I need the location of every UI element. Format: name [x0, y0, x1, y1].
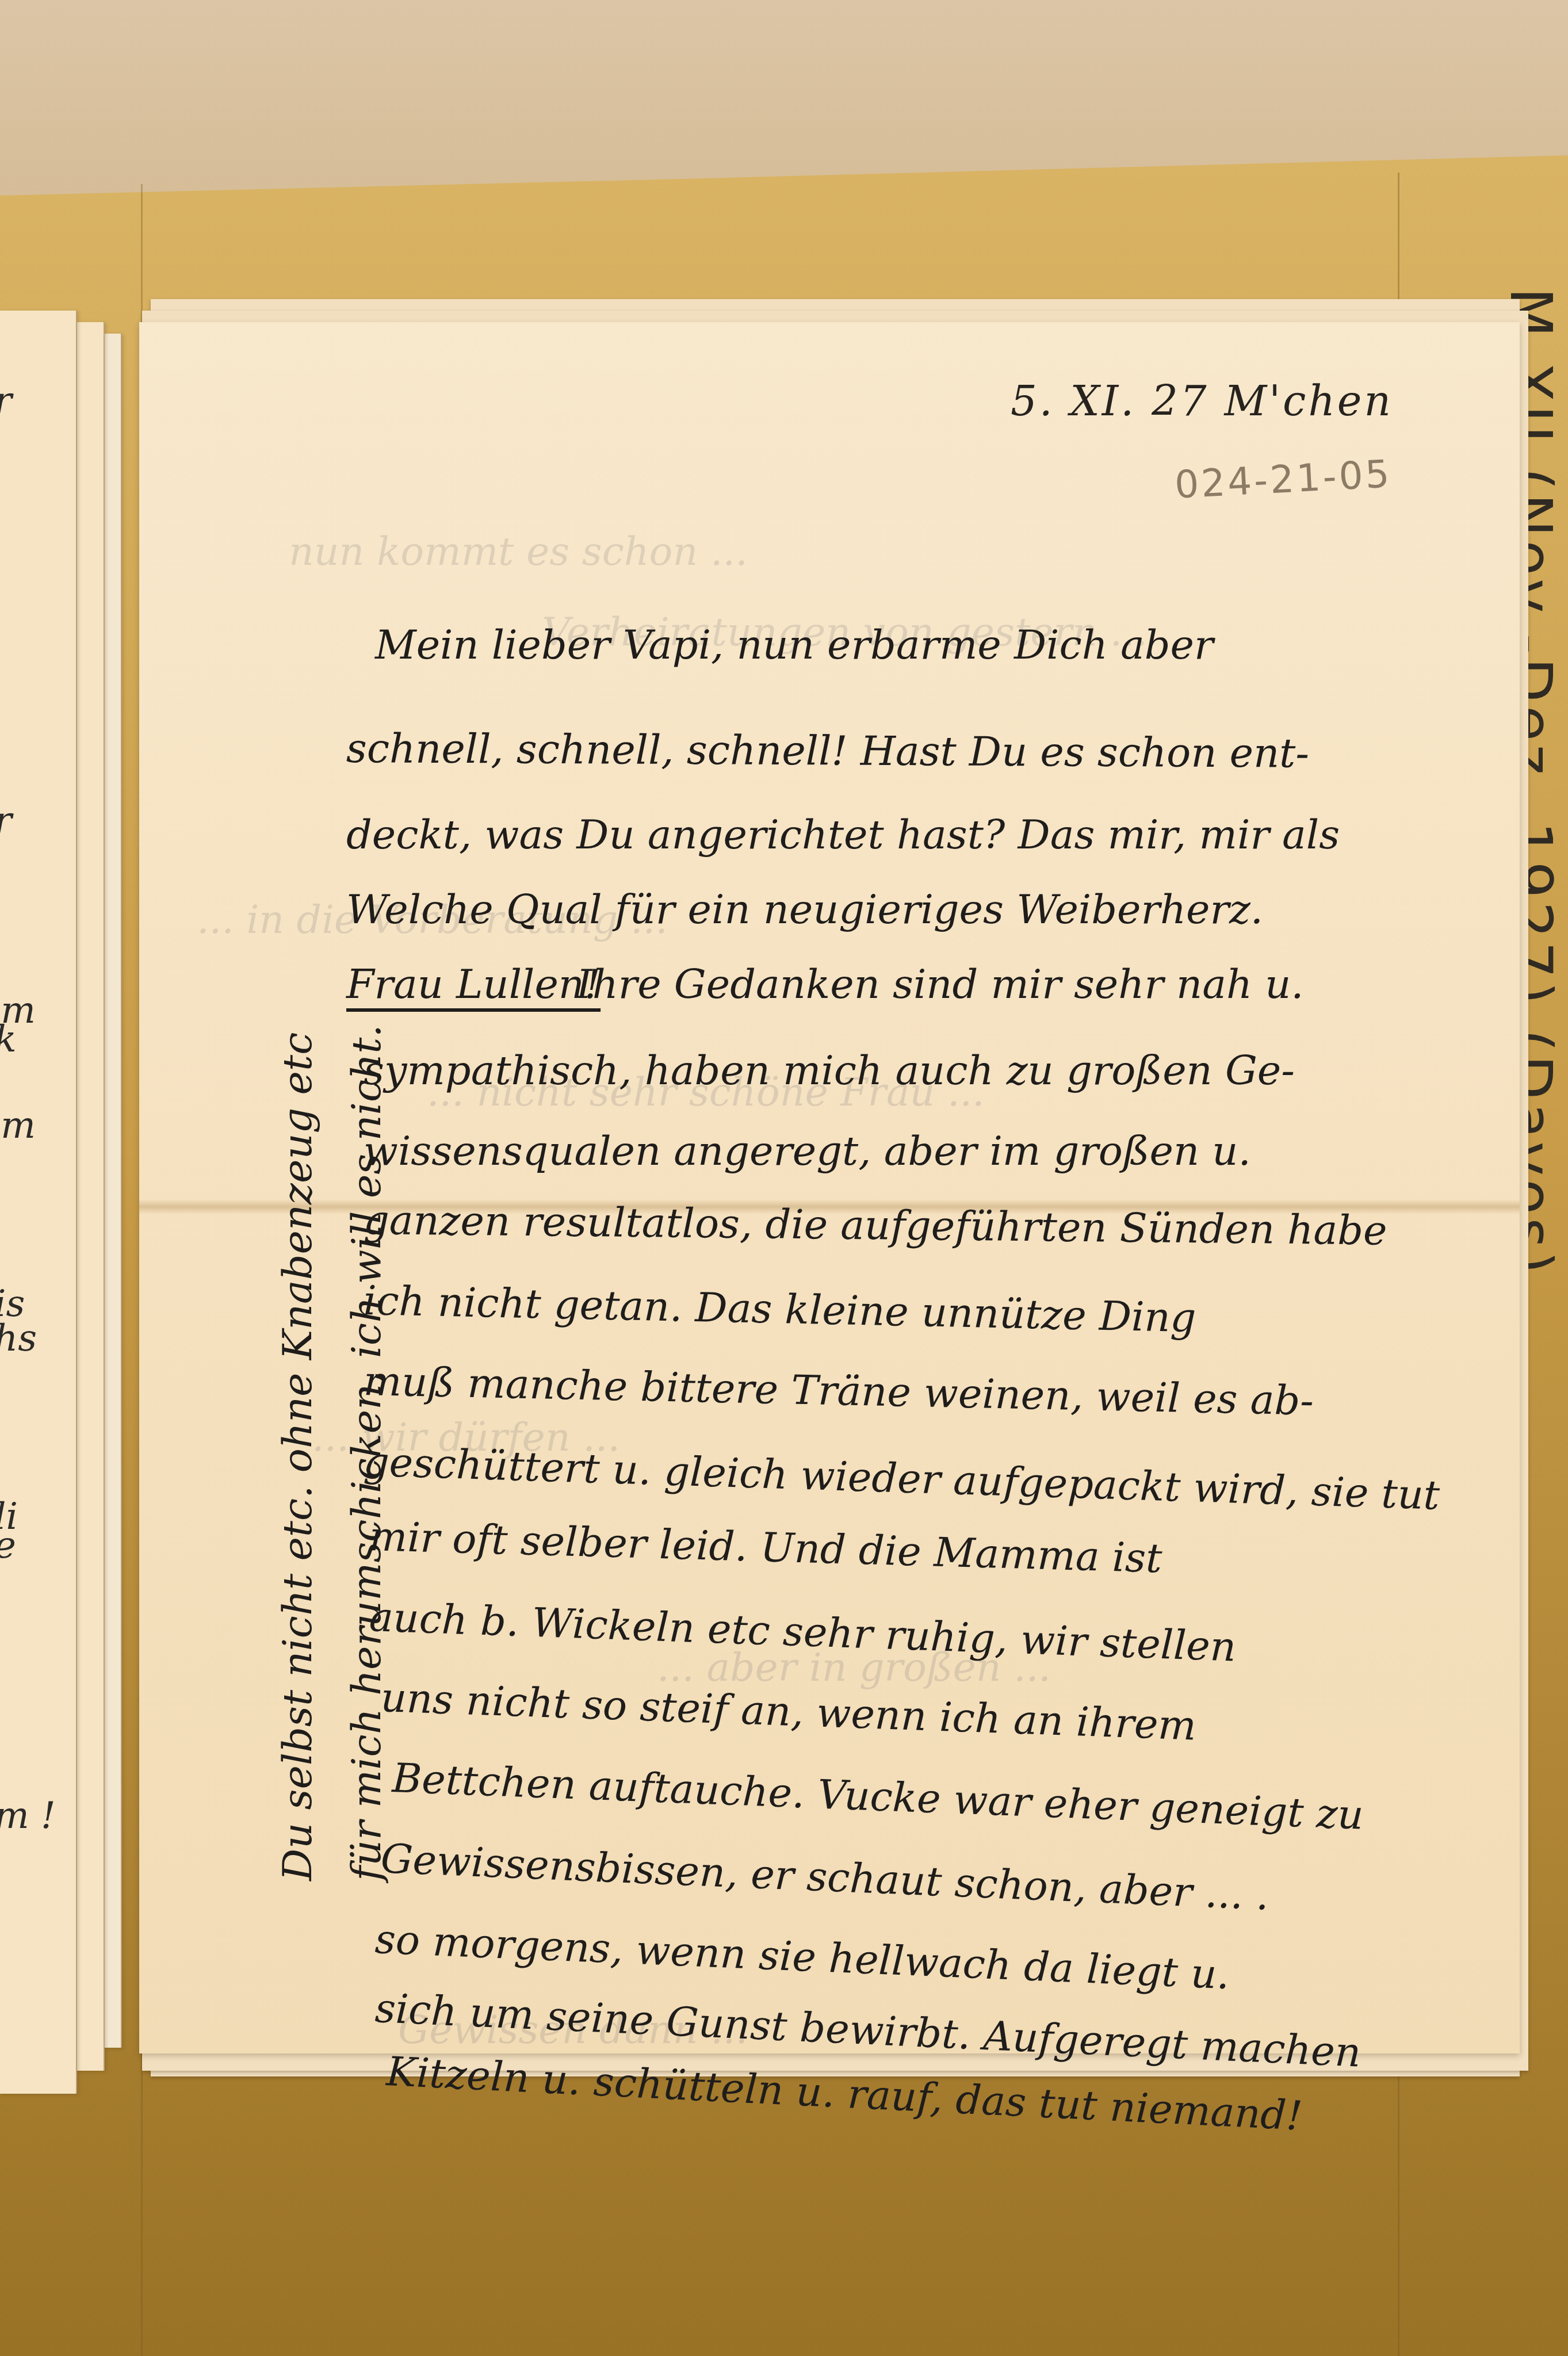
main-letter-stack: nun kommt es schon ... Verheiratungen vo…	[133, 282, 1537, 2094]
letter-line: Bettchen auftauche. Vucke war eher genei…	[391, 1754, 1364, 1839]
text-fragment: r	[0, 380, 12, 422]
letter-line: ich nicht getan. Das kleine unnütze Ding	[363, 1277, 1196, 1341]
left-letter-stack: r r um k um is hs li e m !	[0, 311, 132, 2105]
text-fragment: r	[0, 800, 12, 842]
margin-note-line: für mich herumschicken, ich will es nich…	[332, 903, 401, 1881]
letter-line: wissensqualen angeregt, aber im großen u…	[364, 1127, 1251, 1175]
letter-line: Mein lieber Vapi, nun erbarme Dich aber	[375, 621, 1213, 668]
letter-page: nun kommt es schon ... Verheiratungen vo…	[139, 322, 1520, 2053]
letter-line: geschüttert u. gleich wieder aufgepackt …	[363, 1438, 1440, 1519]
text-fragment: k	[0, 1018, 17, 1061]
letter-line: Welche Qual für ein neugieriges Weiberhe…	[346, 886, 1263, 933]
margin-note-vertical: Du selbst nicht etc. ohne Knabenzeug etc…	[263, 903, 412, 1881]
text-fragment: e	[0, 1524, 16, 1567]
margin-note-line: Du selbst nicht etc. ohne Knabenzeug etc	[263, 903, 332, 1881]
letter-line: schnell, schnell, schnell! Hast Du es sc…	[346, 725, 1309, 777]
text-fragment: um	[0, 1104, 36, 1147]
letter-line: ganzen resultatlos, die aufgeführten Sün…	[364, 1196, 1387, 1255]
archive-number: 024-21-05	[1173, 452, 1393, 507]
letter-line: sympathisch, haben mich auch zu großen G…	[364, 1047, 1295, 1094]
text-fragment: hs	[0, 1317, 37, 1360]
letter-date: 5. XI. 27 M'chen	[1011, 377, 1393, 425]
text-fragment: m !	[0, 1795, 56, 1837]
left-letter-page: r r um k um is hs li e m !	[0, 311, 77, 2094]
letter-line: so morgens, wenn sie hellwach da liegt u…	[374, 1915, 1230, 1998]
letter-line: mir oft selber leid. Und die Mamma ist	[369, 1513, 1162, 1582]
letter-line: deckt, was Du angerichtet hast? Das mir,…	[346, 811, 1340, 858]
letter-line: Ihre Gedanken sind mir sehr nah u.	[576, 961, 1304, 1008]
letter-line: Gewissensbissen, er schaut schon, aber .…	[380, 1835, 1269, 1919]
